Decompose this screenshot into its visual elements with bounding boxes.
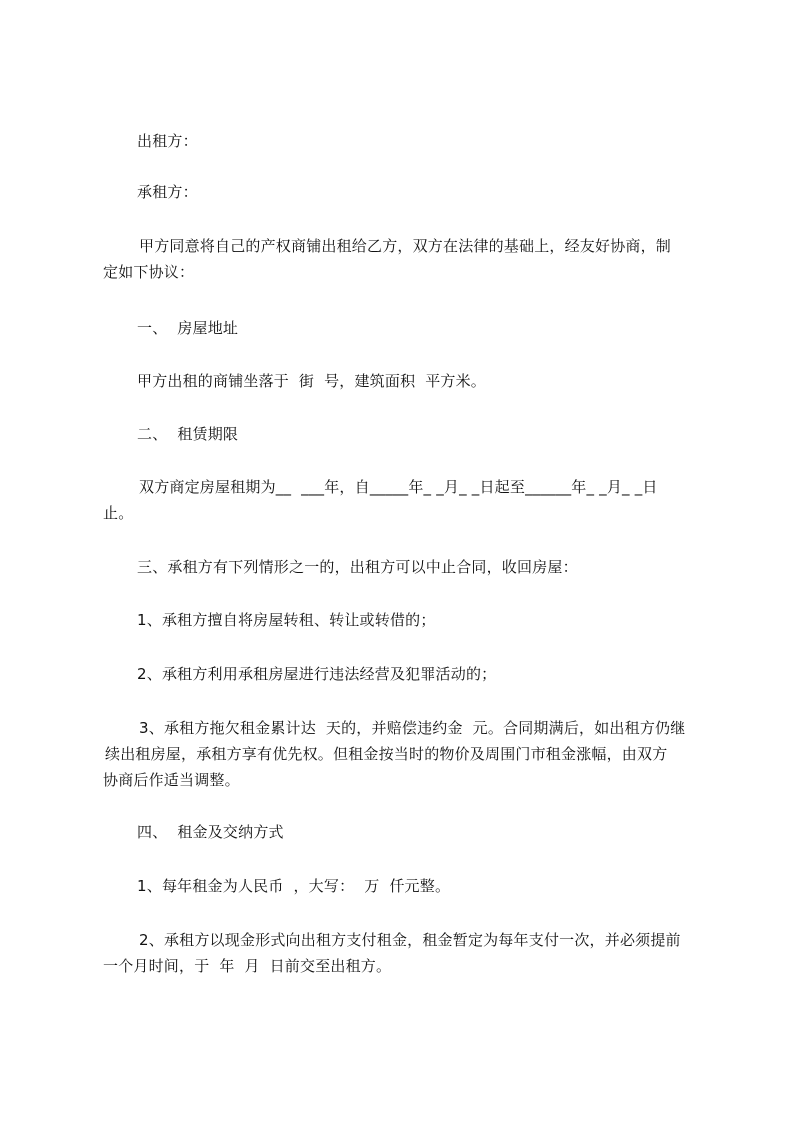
section-3-item-3-line-3: 协商后作适当调整。 (103, 770, 240, 790)
section-4-item-2-line-1: 2、承租方以现金形式向出租方支付租金，租金暂定为每年支付一次，并必须提前 (139, 930, 681, 950)
intro-paragraph-line-2: 定如下协议： (103, 262, 194, 282)
lessee-label: 承租方： (137, 182, 198, 202)
section-3-item-3-line-2: 续出租房屋，承租方享有优先权。但租金按当时的物价及周围门市租金涨幅，由双方 (105, 744, 667, 764)
section-3-heading: 三、承租方有下列情形之一的，出租方可以中止合同，收回房屋： (137, 557, 578, 577)
section-4-item-2-line-2: 一个月时间，于 年 月 日前交至出租方。 (103, 956, 391, 976)
section-3-item-2: 2、承租方利用承租房屋进行违法经营及犯罪活动的； (137, 664, 496, 684)
document-page: 出租方： 承租方： 甲方同意将自己的产权商铺出租给乙方，双方在法律的基础上，经友… (0, 0, 793, 1122)
section-1-body: 甲方出租的商铺坐落于 街 号，建筑面积 平方米。 (137, 371, 486, 391)
section-3-item-1: 1、承租方擅自将房屋转租、转让或转借的； (137, 610, 436, 630)
section-2-body-line-2: 止。 (103, 503, 133, 523)
lessor-label: 出租方： (137, 131, 198, 151)
section-4-heading: 四、 租金及交纳方式 (137, 822, 284, 842)
section-3-item-3-line-1: 3、承租方拖欠租金累计达 天的，并赔偿违约金 元。合同期满后，如出租方仍继 (139, 718, 685, 738)
section-2-heading: 二、 租赁期限 (137, 424, 238, 444)
intro-paragraph-line-1: 甲方同意将自己的产权商铺出租给乙方，双方在法律的基础上，经友好协商，制 (139, 236, 671, 256)
section-2-body-line-1: 双方商定房屋租期为__ ___年，自_____年_ _月_ _日起至______… (139, 477, 658, 497)
section-1-heading: 一、 房屋地址 (137, 318, 238, 338)
section-4-item-1: 1、每年租金为人民币 ，大写： 万 仟元整。 (137, 876, 450, 896)
